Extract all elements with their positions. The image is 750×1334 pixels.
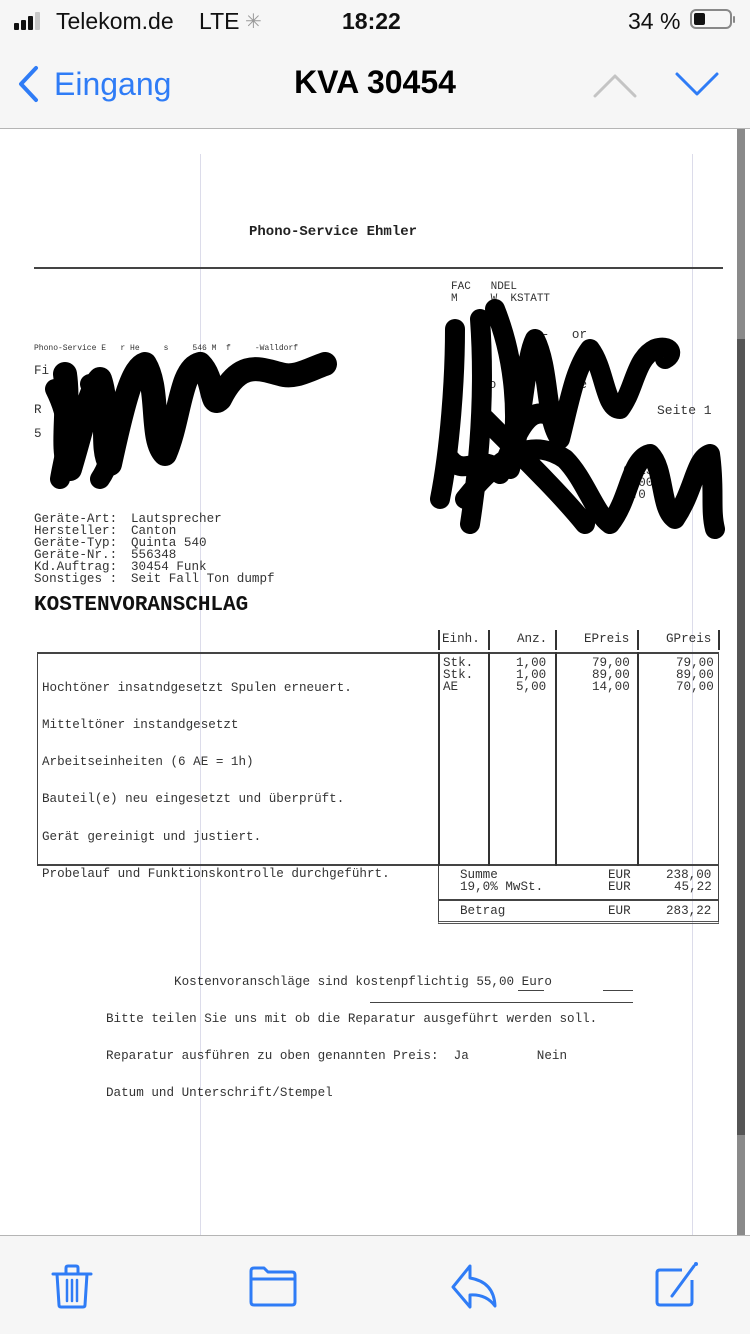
chevron-up-icon (592, 68, 638, 102)
next-message-button[interactable] (674, 68, 720, 102)
move-to-folder-button[interactable] (248, 1260, 298, 1310)
clock: 18:22 (342, 8, 401, 35)
description-line: Mitteltöner instandgesetzt (42, 719, 390, 731)
document-page: Phono-Service Ehmler Phono-Service E r H… (0, 129, 740, 1235)
document-title: KOSTENVORANSCHLAG (34, 594, 248, 617)
scrollbar-thumb[interactable] (737, 339, 745, 1135)
reply-icon (450, 1260, 500, 1310)
reply-button[interactable] (450, 1260, 500, 1310)
description-line: Probelauf und Funktionskontrolle durchge… (42, 868, 390, 880)
company-header: Phono-Service Ehmler (249, 224, 417, 240)
column-header-unit: Einh. (442, 632, 480, 646)
device-info-label: Sonstiges : (34, 573, 117, 585)
chevron-down-icon (674, 68, 720, 102)
description-lines: Hochtöner insatndgesetzt Spulen erneuert… (42, 657, 390, 905)
description-line: Bauteil(e) neu eingesetzt und überprüft. (42, 793, 390, 805)
description-line: Gerät gereinigt und justiert. (42, 831, 390, 843)
navigation-bar: Eingang KVA 30454 (0, 44, 750, 129)
chevron-left-icon (16, 64, 40, 104)
attachment-viewer[interactable]: Phono-Service Ehmler Phono-Service E r H… (0, 129, 750, 1235)
delete-button[interactable] (47, 1260, 97, 1310)
right-block-line: FAC NDEL (451, 281, 517, 293)
redaction-scribble (40, 329, 340, 489)
device-info-value: Seit Fall Ton dumpf (131, 573, 275, 585)
vat-value: 45,22 (674, 881, 712, 893)
footer-line: Reparatur ausführen zu oben genannten Pr… (106, 1050, 597, 1062)
trash-icon (47, 1260, 97, 1310)
table-divider (438, 630, 440, 650)
table-divider (637, 652, 639, 866)
vat-label: 19,0% MwSt. (460, 881, 543, 893)
compose-button[interactable] (652, 1260, 702, 1310)
column-header-total-price: GPreis (666, 632, 711, 646)
description-line: Arbeitseinheiten (6 AE = 1h) (42, 756, 390, 768)
vat-currency: EUR (608, 881, 631, 893)
page-title-text: KVA 30454 (294, 64, 456, 100)
total-currency: EUR (608, 905, 631, 917)
footer-line: Bitte teilen Sie uns mit ob die Reparatu… (106, 1013, 597, 1025)
cell-unit-price: 14,00 (592, 681, 630, 693)
folder-icon (248, 1260, 298, 1310)
battery-icon (690, 9, 732, 29)
compose-icon (652, 1260, 702, 1310)
activity-spinner-icon: ✳ (245, 9, 262, 34)
scrollbar[interactable] (737, 129, 745, 1235)
table-divider (555, 630, 557, 650)
header-divider (34, 267, 723, 269)
back-button[interactable]: Eingang (16, 64, 171, 104)
battery-percent: 34 % (628, 8, 680, 35)
yes-blank (518, 990, 544, 991)
signature-line (370, 1002, 633, 1003)
cell-unit: AE (443, 681, 458, 693)
status-bar: Telekom.de LTE ✳ 18:22 34 % (0, 0, 750, 44)
table-divider (637, 630, 639, 650)
bottom-toolbar (0, 1235, 750, 1334)
footer-line: Kostenvoranschläge sind kostenpflichtig … (106, 976, 597, 988)
column-header-qty: Anz. (517, 632, 547, 646)
footer-line: Datum und Unterschrift/Stempel (106, 1087, 597, 1099)
previous-message-button[interactable] (592, 68, 638, 102)
back-label: Eingang (54, 66, 171, 103)
no-blank (603, 990, 633, 991)
description-line: Hochtöner insatndgesetzt Spulen erneuert… (42, 682, 390, 694)
network-type: LTE (199, 8, 239, 35)
table-divider (438, 652, 440, 866)
cell-total-price: 70,00 (676, 681, 714, 693)
redaction-scribble (425, 299, 725, 544)
total-value: 283,22 (666, 905, 711, 917)
table-divider (718, 630, 720, 650)
table-divider (488, 652, 490, 866)
signal-strength-icon (14, 12, 40, 30)
column-header-unit-price: EPreis (584, 632, 629, 646)
carrier-name: Telekom.de (56, 8, 174, 35)
table-divider (555, 652, 557, 866)
total-label: Betrag (460, 905, 505, 917)
table-divider (488, 630, 490, 650)
footer-notes: Kostenvoranschläge sind kostenpflichtig … (106, 951, 597, 1125)
summary-divider (438, 899, 719, 901)
cell-qty: 5,00 (516, 681, 546, 693)
